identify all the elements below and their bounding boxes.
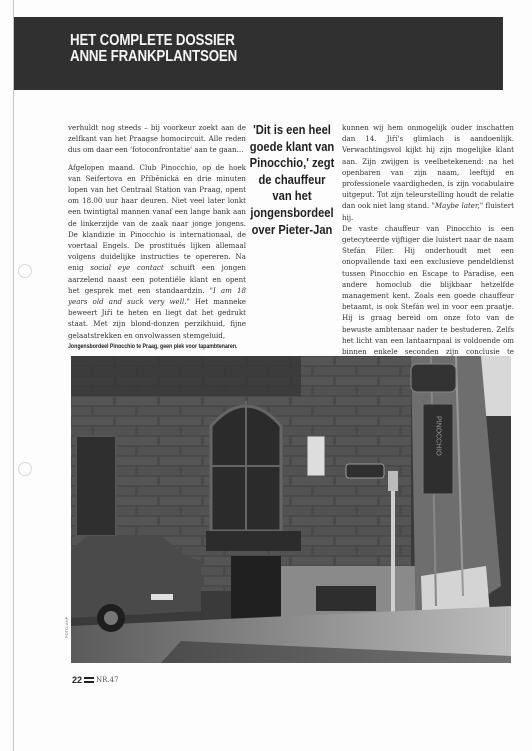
building-photo-illustration: PINOCCHIO xyxy=(71,356,511,663)
page-number: 22 xyxy=(72,675,82,685)
scan-edge-line xyxy=(13,0,14,751)
pull-quote: 'Dit is een heel goede klant van Pinocch… xyxy=(249,122,335,238)
paragraph: kunnen wij hem onmogelijk ouder inschatt… xyxy=(342,122,514,223)
section-title-line-1: HET COMPLETE DOSSIER xyxy=(70,33,237,49)
punch-hole-mark xyxy=(18,264,32,278)
issue-number: NR.47 xyxy=(96,676,119,684)
section-header-band: HET COMPLETE DOSSIER ANNE FRANKPLANTSOEN xyxy=(14,17,503,90)
photo-caption: Jongensbordeel Pinocchio te Praag, geen … xyxy=(68,343,237,350)
paragraph: Afgelopen maand. Club Pinocchio, op de h… xyxy=(68,162,246,341)
section-title: HET COMPLETE DOSSIER ANNE FRANKPLANTSOEN xyxy=(70,33,237,65)
photo-credit: FOTO: ANP xyxy=(64,617,69,638)
punch-hole-mark xyxy=(18,462,32,476)
paragraph: verhuldt nog steeds – bij voorkeur zoekt… xyxy=(68,122,246,156)
paragraph: De vaste chauffeur van Pinocchio is een … xyxy=(342,223,514,369)
italic-quote: "Maybe later," xyxy=(432,201,484,210)
svg-text:PINOCCHIO: PINOCCHIO xyxy=(435,416,442,456)
article-column-right: kunnen wij hem onmogelijk ouder inschatt… xyxy=(342,122,514,368)
section-title-line-2: ANNE FRANKPLANTSOEN xyxy=(70,49,237,65)
street-photo: PINOCCHIO xyxy=(71,356,511,663)
magazine-logo-bars-icon xyxy=(84,677,94,683)
article-column-left: verhuldt nog steeds – bij voorkeur zoekt… xyxy=(68,122,246,341)
italic-phrase: social eye contact xyxy=(90,263,163,272)
page-folio: 22 NR.47 xyxy=(72,675,119,685)
